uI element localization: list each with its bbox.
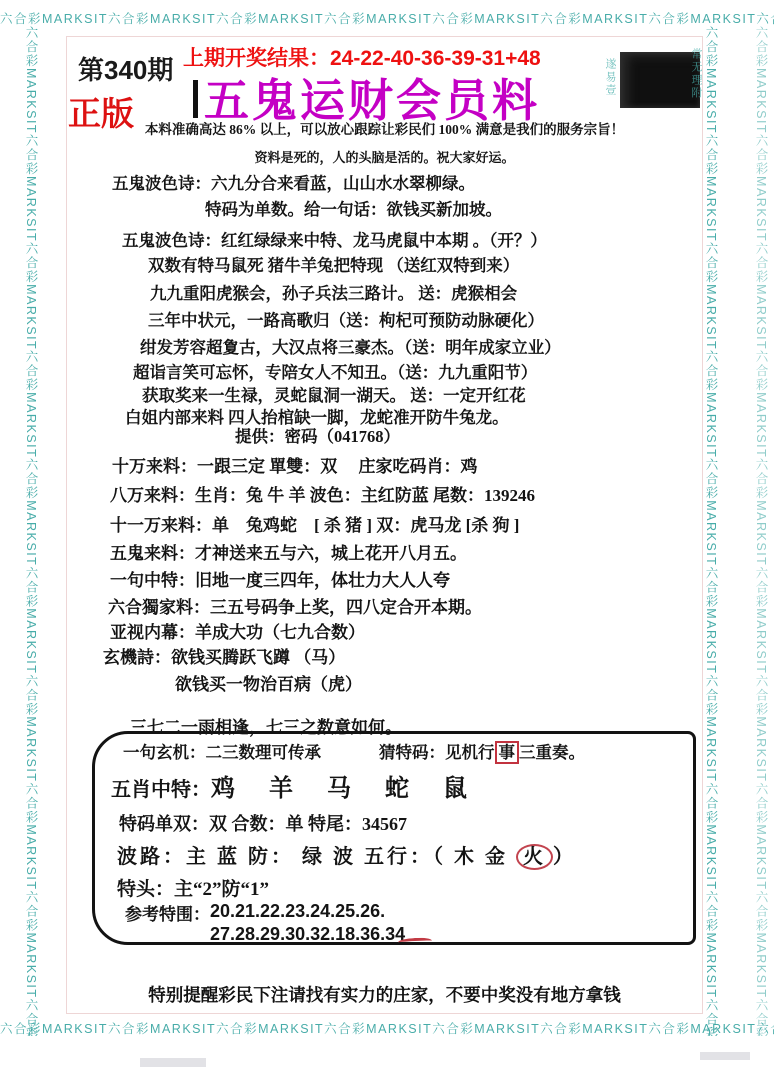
guess-pre: 见机行: [445, 743, 495, 762]
poem-line: 提供：密码（041768）: [235, 423, 400, 447]
watermark-bottom: 六合彩MARKSIT六合彩MARKSIT六合彩MARKSIT六合彩MARKSIT…: [0, 1018, 774, 1040]
guess-post: 三重奏。: [519, 743, 585, 762]
material-line: 八万来料：生肖：兔 牛 羊 波色：主红防蓝 尾数：139246: [110, 481, 535, 506]
material-line: 一句中特：旧地一度三四年，体壮力大人人夸: [110, 566, 450, 591]
poem-line: 绀发芳容超夐古，大汉点将三豪杰。（送：明年成家立业）: [140, 334, 561, 358]
poem-line: 获取奖来一生禄，灵蛇鼠洞一湖天。 送：一定开红花: [142, 382, 526, 406]
goodluck-tagline: 资料是死的，人的头脑是活的。祝大家好运。: [66, 147, 703, 166]
wave-pre: 波路：主 蓝 防： 绿 波 五行：（ 木 金: [117, 846, 508, 868]
issue-number: 第340期: [78, 50, 173, 87]
poem-line: 五鬼波色诗：红红绿绿来中特、龙马虎鼠中本期 。（开？）: [122, 227, 547, 251]
reference-range-line1: 20.21.22.23.24.25.26.: [210, 901, 385, 921]
guess-label: 猜特码：: [379, 743, 445, 762]
material-line: 十万来料：一跟三定 單雙：双 庄家吃码肖：鸡: [112, 452, 478, 477]
material-line: 十一万来料：单 兔鸡蛇 [ 杀 猪 ] 双：虎马龙 [杀 狗 ]: [110, 511, 519, 536]
reference-range-label: 参考特围：: [125, 905, 210, 924]
lottery-tip-sheet: 六合彩MARKSIT六合彩MARKSIT六合彩MARKSIT六合彩MARKSIT…: [0, 0, 774, 1083]
poem-line: 五鬼波色诗：六九分合来看蓝，山山水水翠柳绿。: [112, 170, 475, 194]
stamp-side-text-left: 遂易壹: [602, 58, 618, 97]
wave-post: ）: [553, 846, 576, 868]
poem-line: 九九重阳虎猴会，孙子兵法三路计。 送：虎猴相会: [150, 280, 517, 304]
material-line: 亚视内幕：羊成大功（七九合数）: [110, 618, 365, 643]
scan-smudge: [140, 1058, 206, 1067]
special-head-line: 特头：主“2”防“1”: [117, 874, 269, 901]
watermark-top: 六合彩MARKSIT六合彩MARKSIT六合彩MARKSIT六合彩MARKSIT…: [0, 8, 774, 30]
poem-line: 双数有特马鼠死 猪牛羊兔把特现 （送红双特到来）: [148, 252, 519, 276]
wave-element-line: 波路：主 蓝 防： 绿 波 五行：（ 木 金 火）: [117, 840, 576, 869]
material-line: 欲钱买一物治百病（虎）: [175, 670, 362, 695]
material-line: 五鬼来料：才神送来五与六，城上花开八月五。: [110, 539, 467, 564]
five-zodiac-line: 五肖中特：鸡 羊 马 蛇 鼠: [111, 768, 481, 803]
mystery-text: 二三数理可传承: [206, 743, 322, 762]
bettor-warning: 特别提醒彩民下注请找有实力的庄家，不要中奖没有地方拿钱: [66, 982, 703, 1007]
poem-line: 超诣言笑可忘怀，专陪女人不知丑。（送：九九重阳节）: [133, 359, 537, 383]
reference-range-line2: 27.28.29.30.32.18.36.34: [210, 924, 405, 944]
red-boxed-character: 事: [495, 741, 520, 764]
scan-smudge: [700, 1052, 750, 1060]
stamp-side-text-right: 常无理附: [688, 48, 704, 100]
red-circled-character: 火: [516, 844, 553, 870]
watermark-right-outer: 六合彩MARKSIT六合彩MARKSIT六合彩MARKSIT六合彩MARKSIT…: [750, 26, 772, 1036]
odd-even-line: 特码单双：双 合数：单 特尾：34567: [119, 810, 407, 836]
material-line: 六合獨家料：三五号码争上奖，四八定合开本期。: [108, 593, 482, 618]
watermark-right: 六合彩MARKSIT六合彩MARKSIT六合彩MARKSIT六合彩MARKSIT…: [700, 26, 722, 1036]
five-zodiac-label: 五肖中特：: [111, 779, 211, 801]
poem-line: 特码为单数。给一句话：欲钱买新加坡。: [205, 196, 502, 220]
prediction-box: 一句玄机：二三数理可传承猜特码：见机行事三重奏。 五肖中特：鸡 羊 马 蛇 鼠 …: [92, 731, 696, 945]
five-zodiac-animals: 鸡 羊 马 蛇 鼠: [211, 776, 481, 802]
reference-range: 参考特围： 20.21.22.23.24.25.26. 27.28.29.30.…: [125, 900, 405, 945]
mystery-guess-line: 一句玄机：二三数理可传承猜特码：见机行事三重奏。: [123, 739, 585, 763]
title-divider-bar: [193, 80, 198, 118]
mystery-label: 一句玄机：: [123, 743, 206, 762]
poem-line: 三年中状元，一路高歌归（送：枸杞可预防动脉硬化）: [148, 307, 544, 331]
accuracy-tagline: 本料准确高达 86% 以上，可以放心跟踪让彩民们 100% 满意是我们的服务宗旨…: [66, 118, 703, 138]
material-line: 玄機詩：欲钱买腾跃飞蹲 （马）: [103, 643, 345, 668]
watermark-left: 六合彩MARKSIT六合彩MARKSIT六合彩MARKSIT六合彩MARKSIT…: [20, 26, 42, 1036]
